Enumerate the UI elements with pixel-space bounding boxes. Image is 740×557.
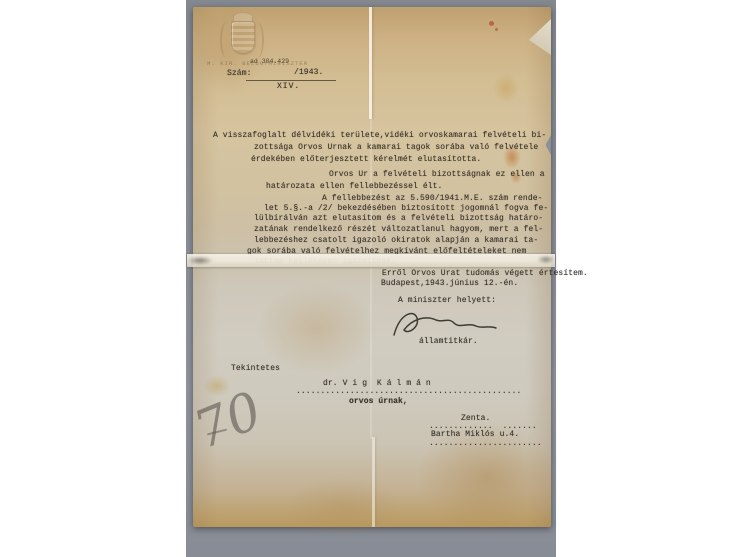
body-line: zatának rendelkező részét változatlanul …: [254, 225, 543, 235]
rust-speck: [495, 28, 498, 31]
dog-ear-corner: [529, 19, 551, 55]
body-line: Orvos Ur a felvételi bizottságnak ez ell…: [329, 170, 545, 180]
body-line: lebbezéshez csatolt igazoló okiratok ala…: [254, 236, 538, 246]
stain: [283, 477, 403, 537]
pencil-annotation: 70: [187, 383, 269, 460]
vertical-crease: [369, 7, 372, 119]
signer-title: államtitkár.: [419, 337, 478, 347]
stain: [493, 73, 519, 103]
coat-of-arms-emboss: [219, 11, 265, 63]
salutation: Tekintetes: [231, 364, 280, 374]
rust-speck: [489, 21, 494, 26]
reference-number-label: Szám:: [227, 69, 252, 79]
reference-number-line: [246, 80, 336, 81]
dotted-line: .......................: [429, 439, 542, 449]
department-number: XIV.: [277, 82, 300, 92]
body-line: A fellebbezést az 5.590/1941.M.E. szám r…: [322, 194, 543, 204]
closing-line: Erről Orvos Urat tudomás végett értesíte…: [382, 269, 588, 279]
document-paper: M. KIR. BELÜGYMINISZTER ad 304.429 Szám:…: [193, 7, 551, 527]
stain: [257, 283, 377, 375]
photo-of-document: M. KIR. BELÜGYMINISZTER ad 304.429 Szám:…: [0, 0, 740, 557]
body-line: érdekében előterjesztett kérelmét elutas…: [251, 155, 481, 165]
date-line: Budapest,1943.június 12.-én.: [381, 279, 518, 289]
body-line: zottsága Orvos Urnak a kamarai tagok sor…: [254, 143, 538, 153]
addressee-role: orvos úrnak,: [349, 397, 408, 407]
body-line: let 5.§.-a /2/ bekezdésében biztosított …: [264, 204, 548, 214]
fold-tape: [187, 254, 555, 267]
photo-background: M. KIR. BELÜGYMINISZTER ad 304.429 Szám:…: [186, 0, 556, 557]
dotted-line: ........................................…: [296, 387, 521, 397]
reference-number-year: /1943.: [294, 68, 323, 78]
reference-number-small: ad 304.429: [250, 58, 289, 65]
body-line: A visszafoglalt délvidéki területe,vidék…: [213, 131, 546, 141]
body-line: lülbírálván azt elutasítom és a felvétel…: [254, 214, 543, 224]
crest-shield: [231, 21, 255, 54]
vertical-crease: [372, 437, 375, 527]
body-line: határozata ellen fellebbezéssel élt.: [266, 182, 442, 192]
